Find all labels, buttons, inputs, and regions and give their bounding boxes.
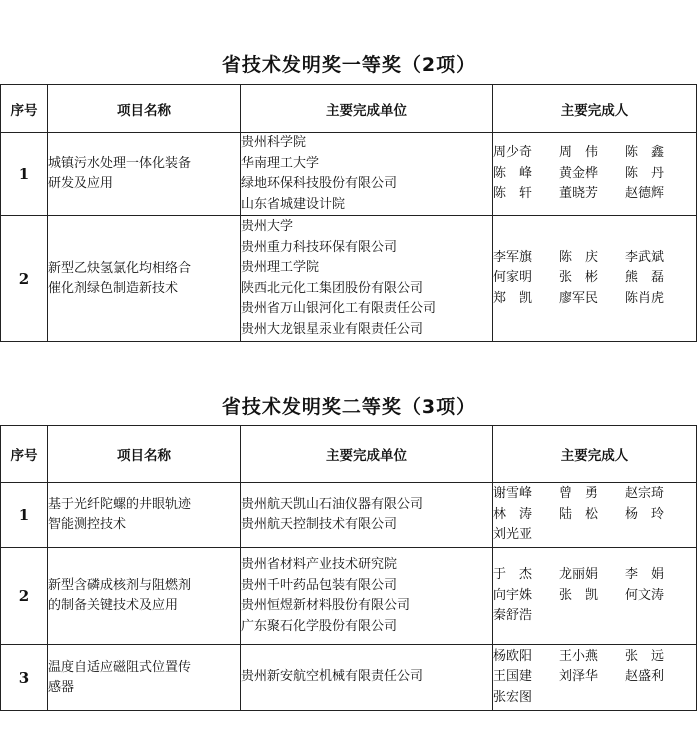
- table-row: 3 温度自适应磁阻式位置传 感器 贵州新安航空机械有限责任公司 杨欧阳 王小燕 …: [1, 645, 697, 711]
- person-name: 刘光亚: [493, 525, 559, 546]
- header-main-units: 主要完成单位: [241, 85, 493, 133]
- person-name: 张 远: [625, 647, 691, 668]
- main-people: 杨欧阳 王小燕 张 远 王国建 刘泽华 赵盛利 张宏图: [493, 645, 697, 711]
- unit-item: 贵州航天凯山石油仪器有限公司: [241, 495, 492, 516]
- main-units: 贵州航天凯山石油仪器有限公司 贵州航天控制技术有限公司: [241, 483, 493, 548]
- header-serial-no: 序号: [1, 426, 48, 483]
- person-name: 郑 凯: [493, 289, 559, 310]
- person-name: 黄金桦: [559, 164, 625, 185]
- project-name-line: 城镇污水处理一体化装备: [48, 154, 240, 174]
- person-name: 陈 庆: [559, 248, 625, 269]
- person-name: 杨 玲: [625, 505, 691, 526]
- unit-item: 贵州新安航空机械有限责任公司: [241, 667, 492, 688]
- project-name-line: 温度自适应磁阻式位置传: [48, 658, 240, 678]
- person-name: 周少奇: [493, 143, 559, 164]
- person-name: 周 伟: [559, 143, 625, 164]
- person-name: 陈 鑫: [625, 143, 691, 164]
- section-title-second-prize: 省技术发明奖二等奖（3项）: [0, 392, 698, 419]
- main-units: 贵州科学院 华南理工大学 绿地环保科技股份有限公司 山东省城建设计院: [241, 133, 493, 216]
- unit-item: 广东聚石化学股份有限公司: [241, 617, 492, 638]
- table-row: 2 新型含磷成核剂与阻燃剂 的制备关键技术及应用 贵州省材料产业技术研究院 贵州…: [1, 548, 697, 645]
- project-name-line: 感器: [48, 678, 240, 698]
- table-row: 2 新型乙炔氢氯化均相络合 催化剂绿色制造新技术 贵州大学 贵州重力科技环保有限…: [1, 216, 697, 342]
- unit-item: 贵州航天控制技术有限公司: [241, 515, 492, 536]
- person-name: 李军旗: [493, 248, 559, 269]
- person-name: 赵德辉: [625, 184, 691, 205]
- person-name: 张 凯: [559, 586, 625, 607]
- main-units: 贵州大学 贵州重力科技环保有限公司 贵州理工学院 陕西北元化工集团股份有限公司 …: [241, 216, 493, 342]
- unit-item: 陕西北元化工集团股份有限公司: [241, 279, 492, 300]
- table-row: 1 城镇污水处理一体化装备 研发及应用 贵州科学院 华南理工大学 绿地环保科技股…: [1, 133, 697, 216]
- person-name: 于 杰: [493, 565, 559, 586]
- main-people: 李军旗 陈 庆 李武斌 何家明 张 彬 熊 磊 郑 凯 廖军民 陈肖虎: [493, 216, 697, 342]
- unit-item: 贵州大学: [241, 217, 492, 238]
- person-name: 陈 轩: [493, 184, 559, 205]
- person-name: 谢雪峰: [493, 484, 559, 505]
- person-name: 林 涛: [493, 505, 559, 526]
- person-name: 何文涛: [625, 586, 691, 607]
- person-name: 王国建: [493, 667, 559, 688]
- unit-item: 贵州科学院: [241, 133, 492, 154]
- second-prize-table: 序号 项目名称 主要完成单位 主要完成人 1 基于光纤陀螺的井眼轨迹 智能测控技…: [0, 425, 697, 711]
- person-name: 张 彬: [559, 268, 625, 289]
- project-name-line: 研发及应用: [48, 174, 240, 194]
- person-name: 王小燕: [559, 647, 625, 668]
- project-name: 城镇污水处理一体化装备 研发及应用: [48, 133, 241, 216]
- serial-no: 2: [1, 216, 48, 342]
- section-title-first-prize: 省技术发明奖一等奖（2项）: [0, 50, 698, 77]
- main-people: 周少奇 周 伟 陈 鑫 陈 峰 黄金桦 陈 丹 陈 轩 董晓芳 赵德辉: [493, 133, 697, 216]
- person-name: 赵盛利: [625, 667, 691, 688]
- person-name: 陈肖虎: [625, 289, 691, 310]
- project-name: 温度自适应磁阻式位置传 感器: [48, 645, 241, 711]
- unit-item: 贵州省万山银河化工有限责任公司: [241, 299, 492, 320]
- header-main-units: 主要完成单位: [241, 426, 493, 483]
- person-name: 李武斌: [625, 248, 691, 269]
- person-name: 陈 丹: [625, 164, 691, 185]
- unit-item: 绿地环保科技股份有限公司: [241, 174, 492, 195]
- person-name: 张宏图: [493, 688, 559, 709]
- person-name: 熊 磊: [625, 268, 691, 289]
- table-header-row: 序号 项目名称 主要完成单位 主要完成人: [1, 426, 697, 483]
- serial-no: 1: [1, 483, 48, 548]
- person-name: 龙丽娟: [559, 565, 625, 586]
- unit-item: 华南理工大学: [241, 154, 492, 175]
- person-name: 陈 峰: [493, 164, 559, 185]
- unit-item: 贵州恒煜新材料股份有限公司: [241, 596, 492, 617]
- person-name: 刘泽华: [559, 667, 625, 688]
- person-name: 杨欧阳: [493, 647, 559, 668]
- header-project-name: 项目名称: [48, 426, 241, 483]
- serial-no: 2: [1, 548, 48, 645]
- project-name-line: 智能测控技术: [48, 515, 240, 535]
- header-main-people: 主要完成人: [493, 85, 697, 133]
- unit-item: 贵州理工学院: [241, 258, 492, 279]
- project-name: 新型含磷成核剂与阻燃剂 的制备关键技术及应用: [48, 548, 241, 645]
- person-name: 陆 松: [559, 505, 625, 526]
- person-name: 赵宗琦: [625, 484, 691, 505]
- project-name-line: 的制备关键技术及应用: [48, 596, 240, 616]
- header-main-people: 主要完成人: [493, 426, 697, 483]
- main-people: 于 杰 龙丽娟 李 娟 向宇姝 张 凯 何文涛 秦舒浩: [493, 548, 697, 645]
- serial-no: 1: [1, 133, 48, 216]
- person-name: 向宇姝: [493, 586, 559, 607]
- table-header-row: 序号 项目名称 主要完成单位 主要完成人: [1, 85, 697, 133]
- unit-item: 贵州大龙银星汞业有限责任公司: [241, 320, 492, 341]
- person-name: 廖军民: [559, 289, 625, 310]
- person-name: 李 娟: [625, 565, 691, 586]
- main-units: 贵州省材料产业技术研究院 贵州千叶药品包装有限公司 贵州恒煜新材料股份有限公司 …: [241, 548, 493, 645]
- main-units: 贵州新安航空机械有限责任公司: [241, 645, 493, 711]
- serial-no: 3: [1, 645, 48, 711]
- first-prize-table: 序号 项目名称 主要完成单位 主要完成人 1 城镇污水处理一体化装备 研发及应用…: [0, 84, 697, 342]
- header-project-name: 项目名称: [48, 85, 241, 133]
- project-name: 新型乙炔氢氯化均相络合 催化剂绿色制造新技术: [48, 216, 241, 342]
- project-name-line: 新型含磷成核剂与阻燃剂: [48, 576, 240, 596]
- person-name: 何家明: [493, 268, 559, 289]
- project-name-line: 催化剂绿色制造新技术: [48, 279, 240, 299]
- table-row: 1 基于光纤陀螺的井眼轨迹 智能测控技术 贵州航天凯山石油仪器有限公司 贵州航天…: [1, 483, 697, 548]
- person-name: 曾 勇: [559, 484, 625, 505]
- person-name: 董晓芳: [559, 184, 625, 205]
- project-name-line: 新型乙炔氢氯化均相络合: [48, 259, 240, 279]
- unit-item: 贵州重力科技环保有限公司: [241, 238, 492, 259]
- project-name: 基于光纤陀螺的井眼轨迹 智能测控技术: [48, 483, 241, 548]
- header-serial-no: 序号: [1, 85, 48, 133]
- main-people: 谢雪峰 曾 勇 赵宗琦 林 涛 陆 松 杨 玲 刘光亚: [493, 483, 697, 548]
- unit-item: 山东省城建设计院: [241, 195, 492, 216]
- project-name-line: 基于光纤陀螺的井眼轨迹: [48, 495, 240, 515]
- person-name: 秦舒浩: [493, 606, 559, 627]
- unit-item: 贵州千叶药品包装有限公司: [241, 576, 492, 597]
- unit-item: 贵州省材料产业技术研究院: [241, 555, 492, 576]
